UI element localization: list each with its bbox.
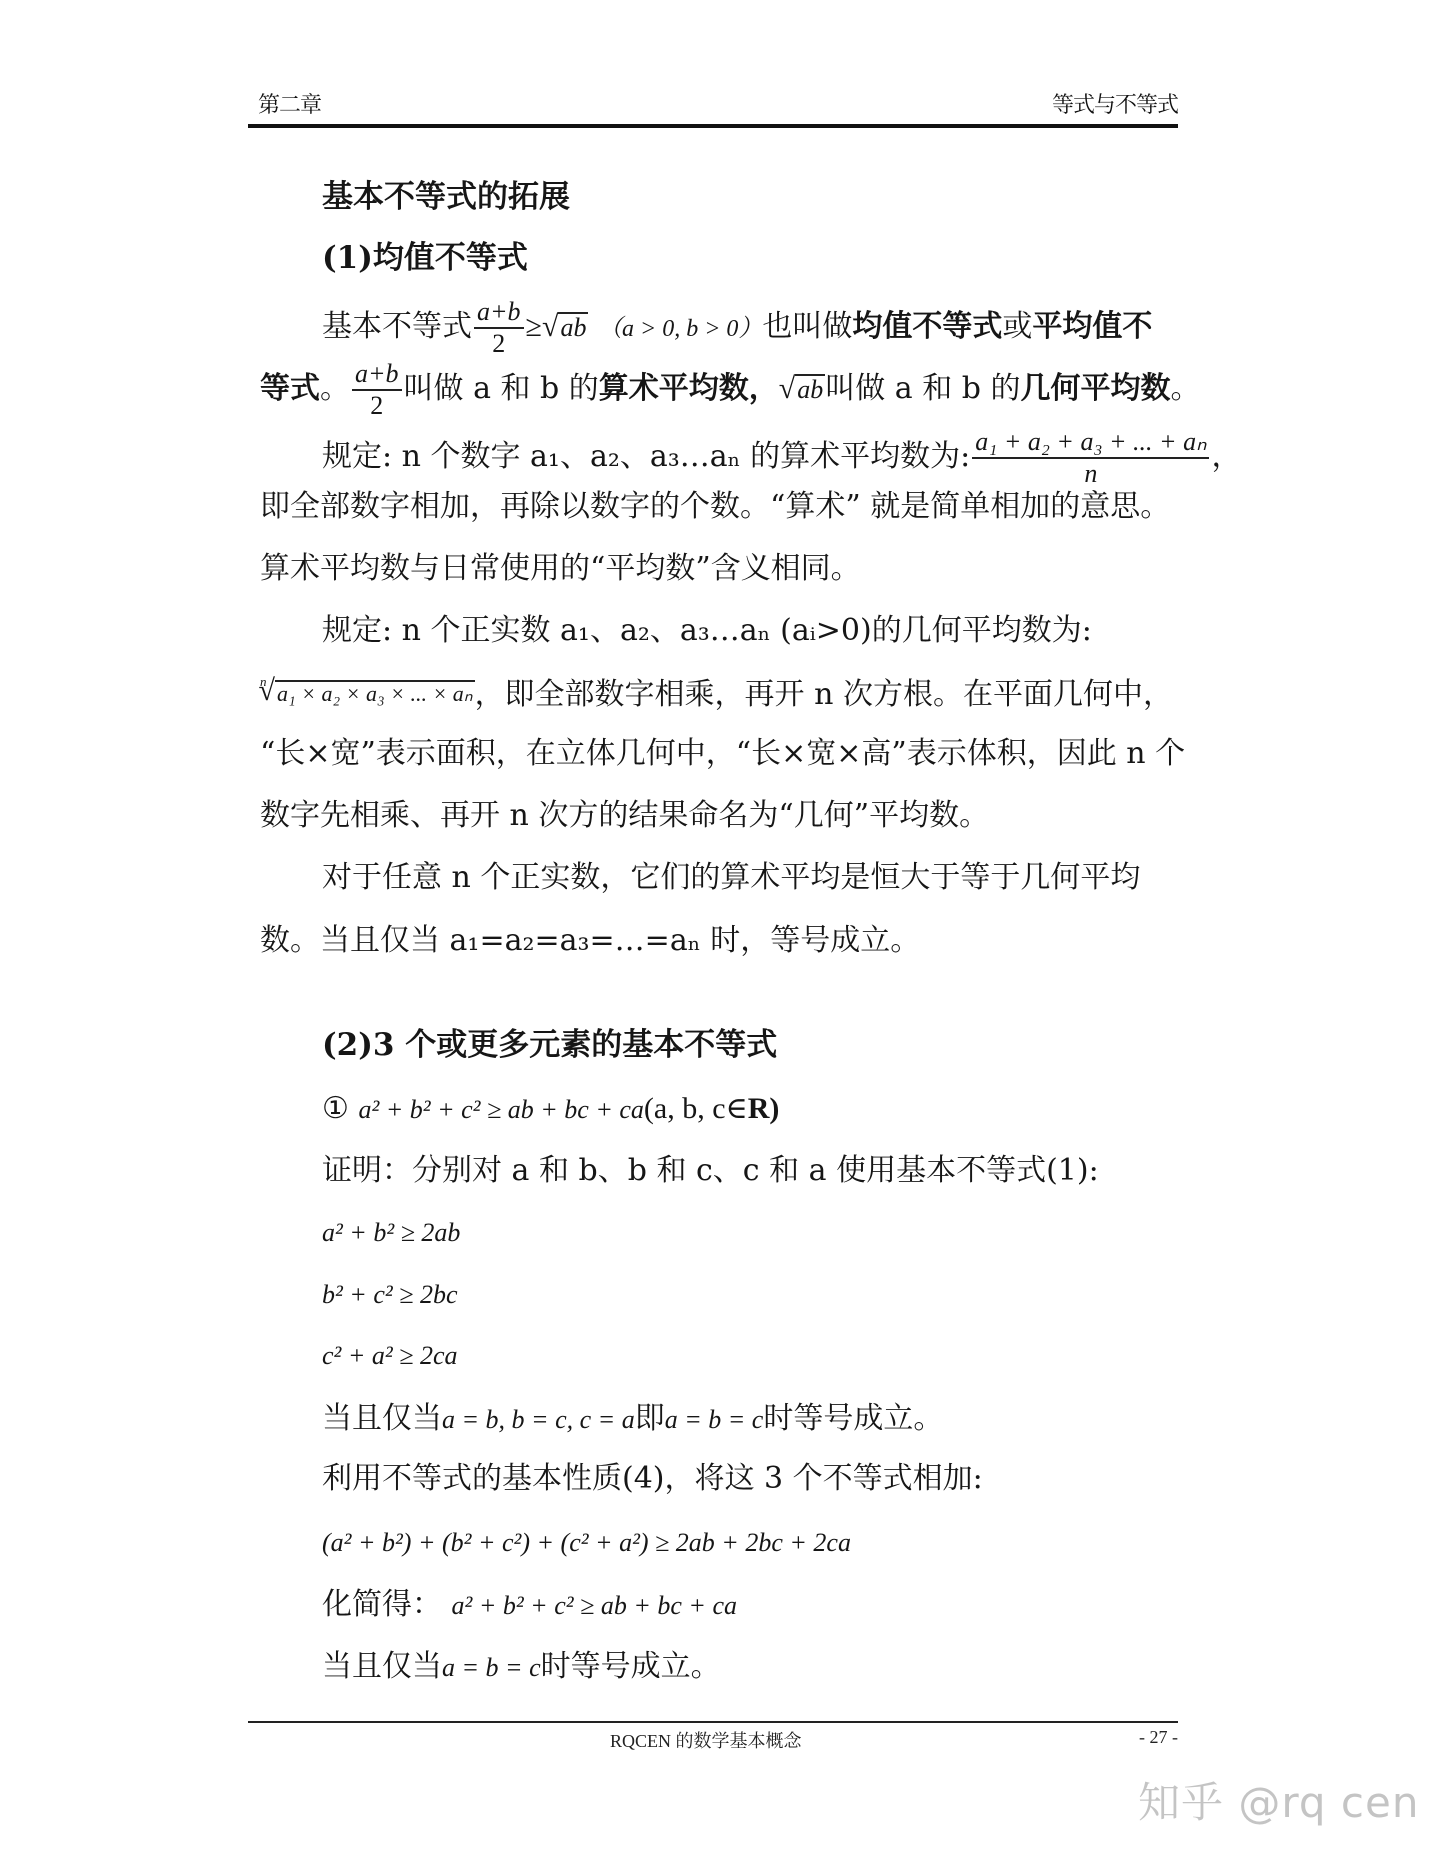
header-rule bbox=[248, 124, 1178, 128]
paragraph-1-line-1: 基本不等式a+b2≥√ab （a > 0, b > 0）也叫做均值不等式或平均值… bbox=[322, 298, 1152, 358]
paragraph-2-line-1: 规定: n 个数字 a₁、a₂、a₃…aₙ 的算术平均数为:a₁ + a₂ + … bbox=[322, 428, 1241, 488]
condition: （a > 0, b > 0） bbox=[598, 316, 762, 342]
page-number: - 27 - bbox=[1139, 1727, 1178, 1748]
sqrt-ab: √ab bbox=[779, 374, 825, 405]
text-span: 基本不等式 bbox=[322, 309, 472, 344]
paragraph-2-line-3: 算术平均数与日常使用的“平均数”含义相同。 bbox=[260, 554, 861, 584]
fraction-a-plus-b-over-2: a+b2 bbox=[352, 360, 402, 420]
term-arithmetic-mean: 算术平均数 bbox=[599, 371, 749, 406]
fraction-arithmetic-mean: a₁ + a₂ + a₃ + ... + aₙn bbox=[972, 428, 1209, 488]
proof-sum-equation: (a² + b²) + (b² + c²) + (c² + a²) ≥ 2ab … bbox=[322, 1530, 851, 1556]
paragraph-3-line-4: 数字先相乘、再开 n 次方的结果命名为“几何”平均数。 bbox=[260, 801, 989, 831]
equality-condition-2: 当且仅当a = b = c时等号成立。 bbox=[322, 1652, 721, 1682]
paragraph-3-line-3: “长×宽”表示面积，在立体几何中，“长×宽×高”表示体积，因此 n 个 bbox=[260, 739, 1185, 769]
proof-equation-1: a² + b² ≥ 2ab bbox=[322, 1220, 460, 1246]
paragraph-3-line-2: n√a₁ × a₂ × a₃ × ... × aₙ，即全部数字相乘，再开 n 次… bbox=[260, 676, 1173, 710]
paragraph-4-line-2: 数。当且仅当 a₁=a₂=a₃=…=aₙ 时，等号成立。 bbox=[260, 926, 920, 956]
term-mean-inequality: 均值不等式 bbox=[852, 309, 1002, 344]
paragraph-4-line-1: 对于任意 n 个正实数，它们的算术平均是恒大于等于几何平均 bbox=[322, 863, 1140, 893]
proof-simplified: 化简得： a² + b² + c² ≥ ab + bc + ca bbox=[322, 1590, 737, 1620]
real-numbers-set: R bbox=[748, 1092, 770, 1125]
fraction-a-plus-b-over-2: a+b2 bbox=[474, 298, 524, 358]
inequality-item-1: ① a² + b² + c² ≥ ab + bc + ca(a, b, c∈R) bbox=[322, 1094, 779, 1124]
running-header-section: 等式与不等式 bbox=[1052, 88, 1178, 119]
equality-condition-1: 当且仅当a = b, b = c, c = a即a = b = c时等号成立。 bbox=[322, 1404, 943, 1434]
formula: a² + b² + c² ≥ ab + bc + ca bbox=[358, 1095, 643, 1124]
proof-add-intro: 利用不等式的基本性质(4)，将这 3 个不等式相加: bbox=[322, 1464, 983, 1494]
zhihu-watermark: 知乎 @rq cen bbox=[1138, 1770, 1419, 1830]
paragraph-2-line-2: 即全部数字相加，再除以数字的个数。“算术” 就是简单相加的意思。 bbox=[260, 492, 1170, 522]
proof-equation-3: c² + a² ≥ 2ca bbox=[322, 1343, 457, 1369]
footer-book-title: RQCEN 的数学基本概念 bbox=[610, 1727, 802, 1753]
term-average-inequality: 平均值不 bbox=[1032, 309, 1152, 344]
term-geometric-mean: 几何平均数 bbox=[1020, 371, 1170, 406]
footer-rule bbox=[248, 1721, 1178, 1723]
running-header-chapter: 第二章 bbox=[258, 88, 321, 119]
subsection-heading-1: (1)均值不等式 bbox=[322, 243, 528, 274]
geq-symbol: ≥ bbox=[526, 310, 542, 343]
proof-intro: 证明：分别对 a 和 b、b 和 c、c 和 a 使用基本不等式(1): bbox=[322, 1156, 1099, 1186]
section-title: 基本不等式的拓展 bbox=[322, 182, 570, 213]
nth-root-product: n√a₁ × a₂ × a₃ × ... × aₙ bbox=[260, 676, 475, 706]
circled-number-1: ① bbox=[322, 1092, 349, 1125]
subsection-heading-2: (2)3 个或更多元素的基本不等式 bbox=[322, 1030, 777, 1061]
document-page: 第二章 等式与不等式 基本不等式的拓展 (1)均值不等式 基本不等式a+b2≥√… bbox=[0, 0, 1440, 1864]
proof-equation-2: b² + c² ≥ 2bc bbox=[322, 1282, 457, 1308]
paragraph-1-line-2: 等式。a+b2叫做 a 和 b 的算术平均数，√ab叫做 a 和 b 的几何平均… bbox=[260, 360, 1200, 420]
paragraph-3-line-1: 规定: n 个正实数 a₁、a₂、a₃…aₙ (aᵢ>0)的几何平均数为: bbox=[322, 616, 1092, 646]
sqrt-ab: √ab bbox=[542, 312, 588, 343]
